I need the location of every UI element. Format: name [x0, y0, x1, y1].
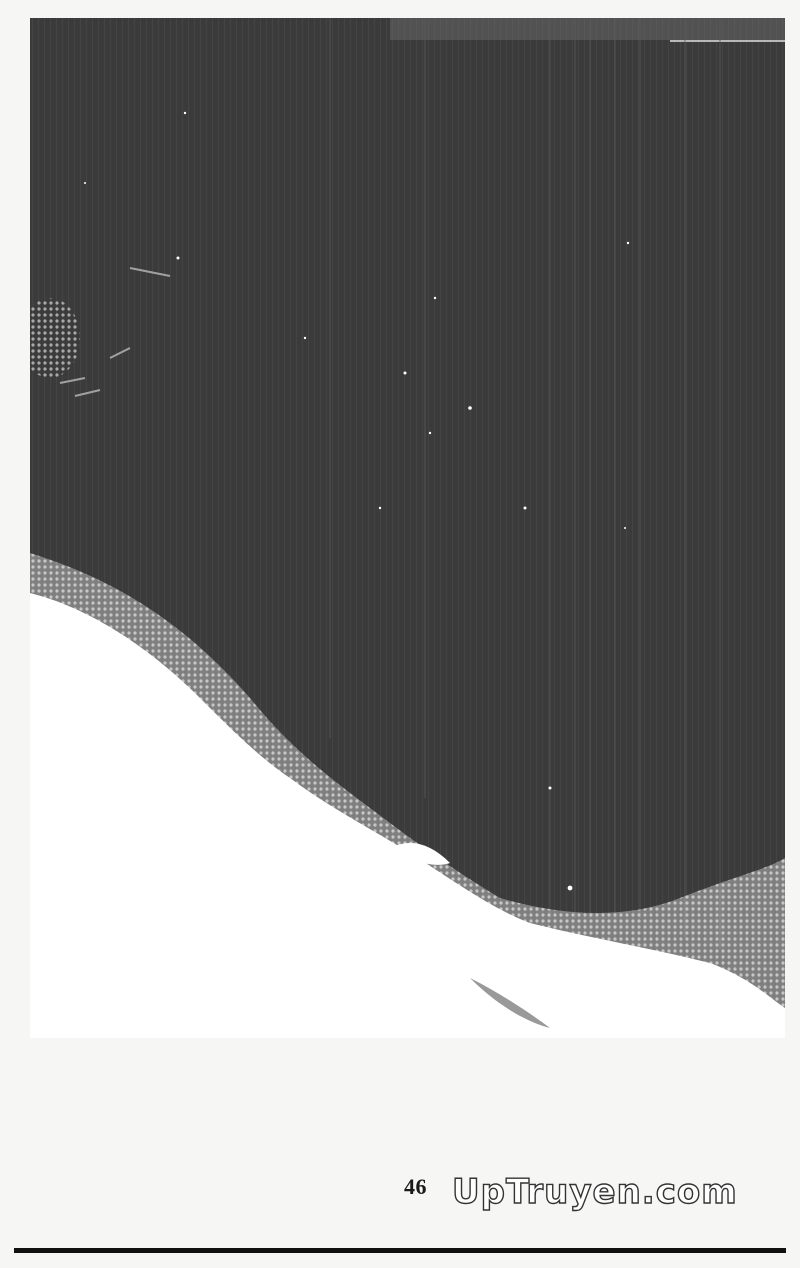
- bottom-rule: [14, 1248, 786, 1253]
- site-watermark: UpTruyen.com: [452, 1172, 738, 1212]
- halftone-photograph: [30, 18, 785, 1038]
- book-page: 46 UpTruyen.com: [0, 0, 800, 1268]
- page-number: 46: [404, 1174, 427, 1200]
